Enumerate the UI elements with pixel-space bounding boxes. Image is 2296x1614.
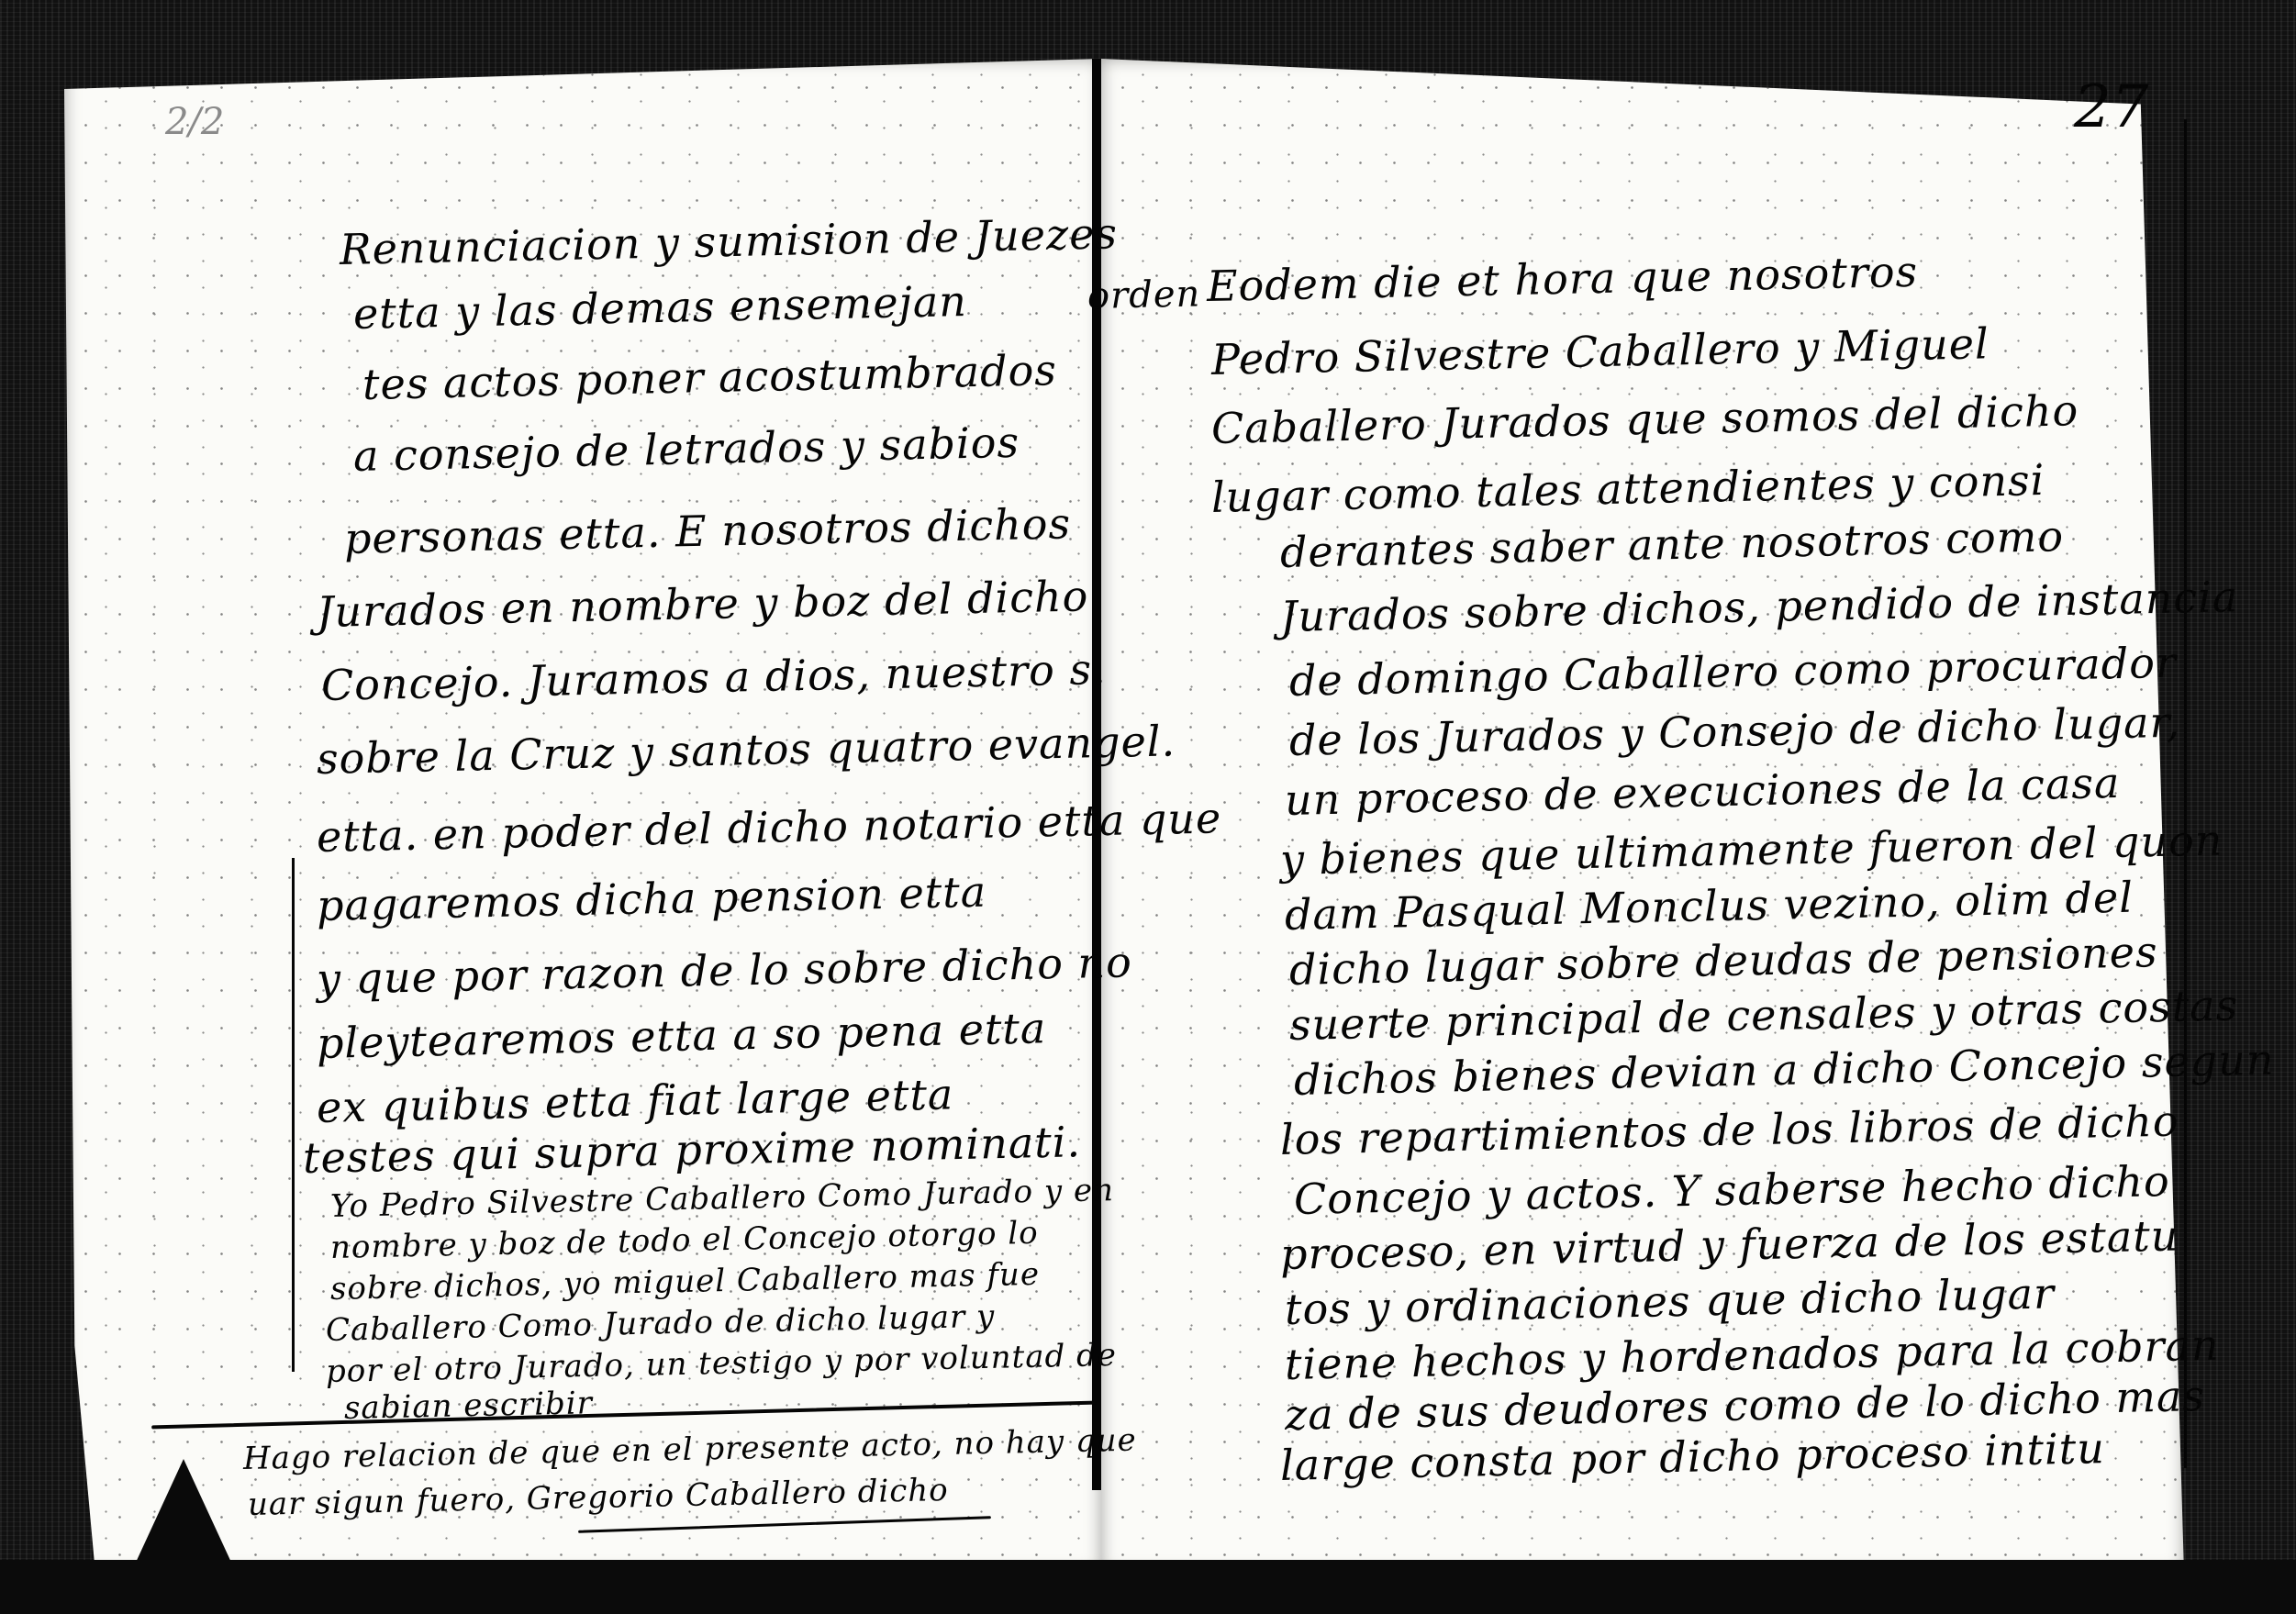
marginal-word: orden	[1087, 273, 1201, 317]
binding-gutter	[1092, 59, 1101, 1490]
margin-bracket	[292, 858, 295, 1372]
scan-bottom-edge	[0, 1560, 2296, 1614]
folio-number: 27	[2074, 73, 2148, 141]
page-edge-line	[2184, 119, 2187, 1468]
margin-note: 2/2	[165, 101, 224, 143]
